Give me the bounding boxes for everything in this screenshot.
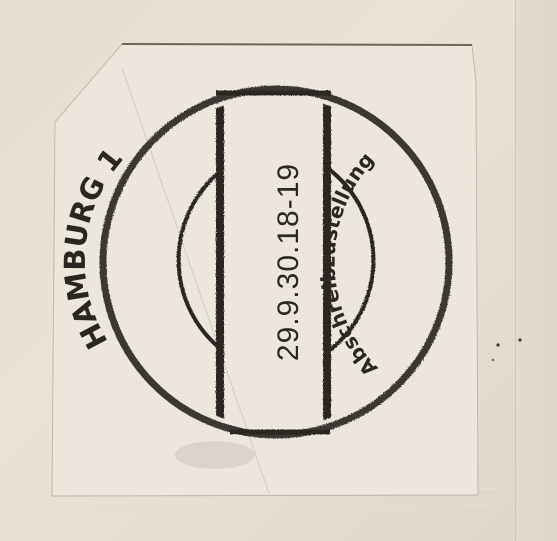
postmark-photo: 29.9.30.18-19 HAMBURG 1 Abschreibzustell… [0,0,557,541]
cutout-paper [52,44,478,496]
paper-cutout: 29.9.30.18-19 HAMBURG 1 Abschreibzustell… [0,0,557,541]
postmark-date: 29.9.30.18-19 [272,163,305,361]
date-bridge: 29.9.30.18-19 [272,163,305,361]
